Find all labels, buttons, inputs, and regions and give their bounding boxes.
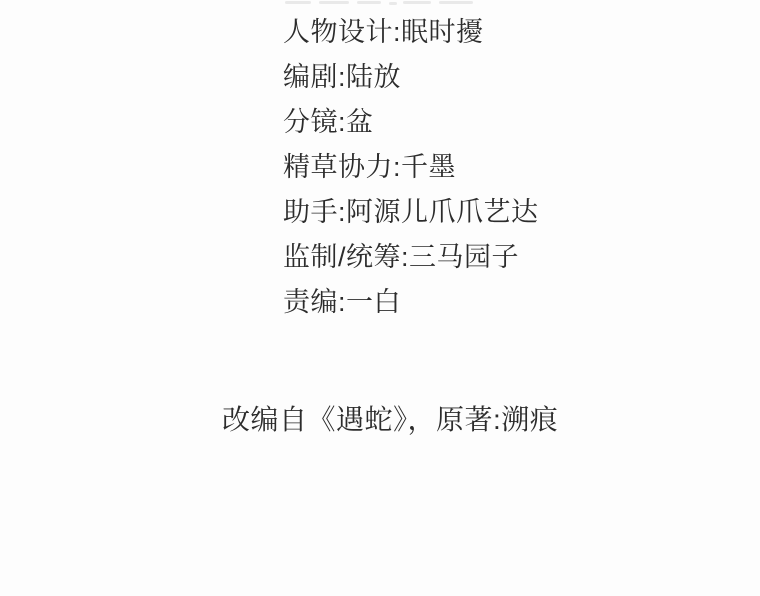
cropped-text-smudge bbox=[285, 1, 311, 4]
credits-list: 人物设计:眠时擾 编剧:陆放 分镜:盆 精草协力:千墨 助手:阿源儿爪爪艺达 监… bbox=[283, 10, 539, 325]
adaptation-note: 改编自《遇蛇》，原著:溯痕 bbox=[222, 400, 558, 440]
credits-page: 人物设计:眠时擾 编剧:陆放 分镜:盆 精草协力:千墨 助手:阿源儿爪爪艺达 监… bbox=[0, 0, 760, 596]
cropped-text-smudge bbox=[357, 1, 381, 4]
credit-line-editor: 责编:一白 bbox=[283, 280, 539, 325]
credit-line-draft-assist: 精草协力:千墨 bbox=[283, 145, 539, 190]
credit-line-assistants: 助手:阿源儿爪爪艺达 bbox=[283, 190, 539, 235]
credit-line-character-design: 人物设计:眠时擾 bbox=[283, 10, 539, 55]
cropped-text-smudge bbox=[389, 2, 397, 5]
credit-line-screenwriter: 编剧:陆放 bbox=[283, 55, 539, 100]
credit-line-supervisor: 监制/统筹:三马园子 bbox=[283, 235, 539, 280]
cropped-text-smudge bbox=[319, 1, 349, 4]
cropped-text-smudge bbox=[439, 1, 473, 4]
cropped-text-smudge bbox=[403, 1, 431, 4]
credit-line-storyboard: 分镜:盆 bbox=[283, 100, 539, 145]
cropped-text-remnant bbox=[285, 0, 475, 5]
